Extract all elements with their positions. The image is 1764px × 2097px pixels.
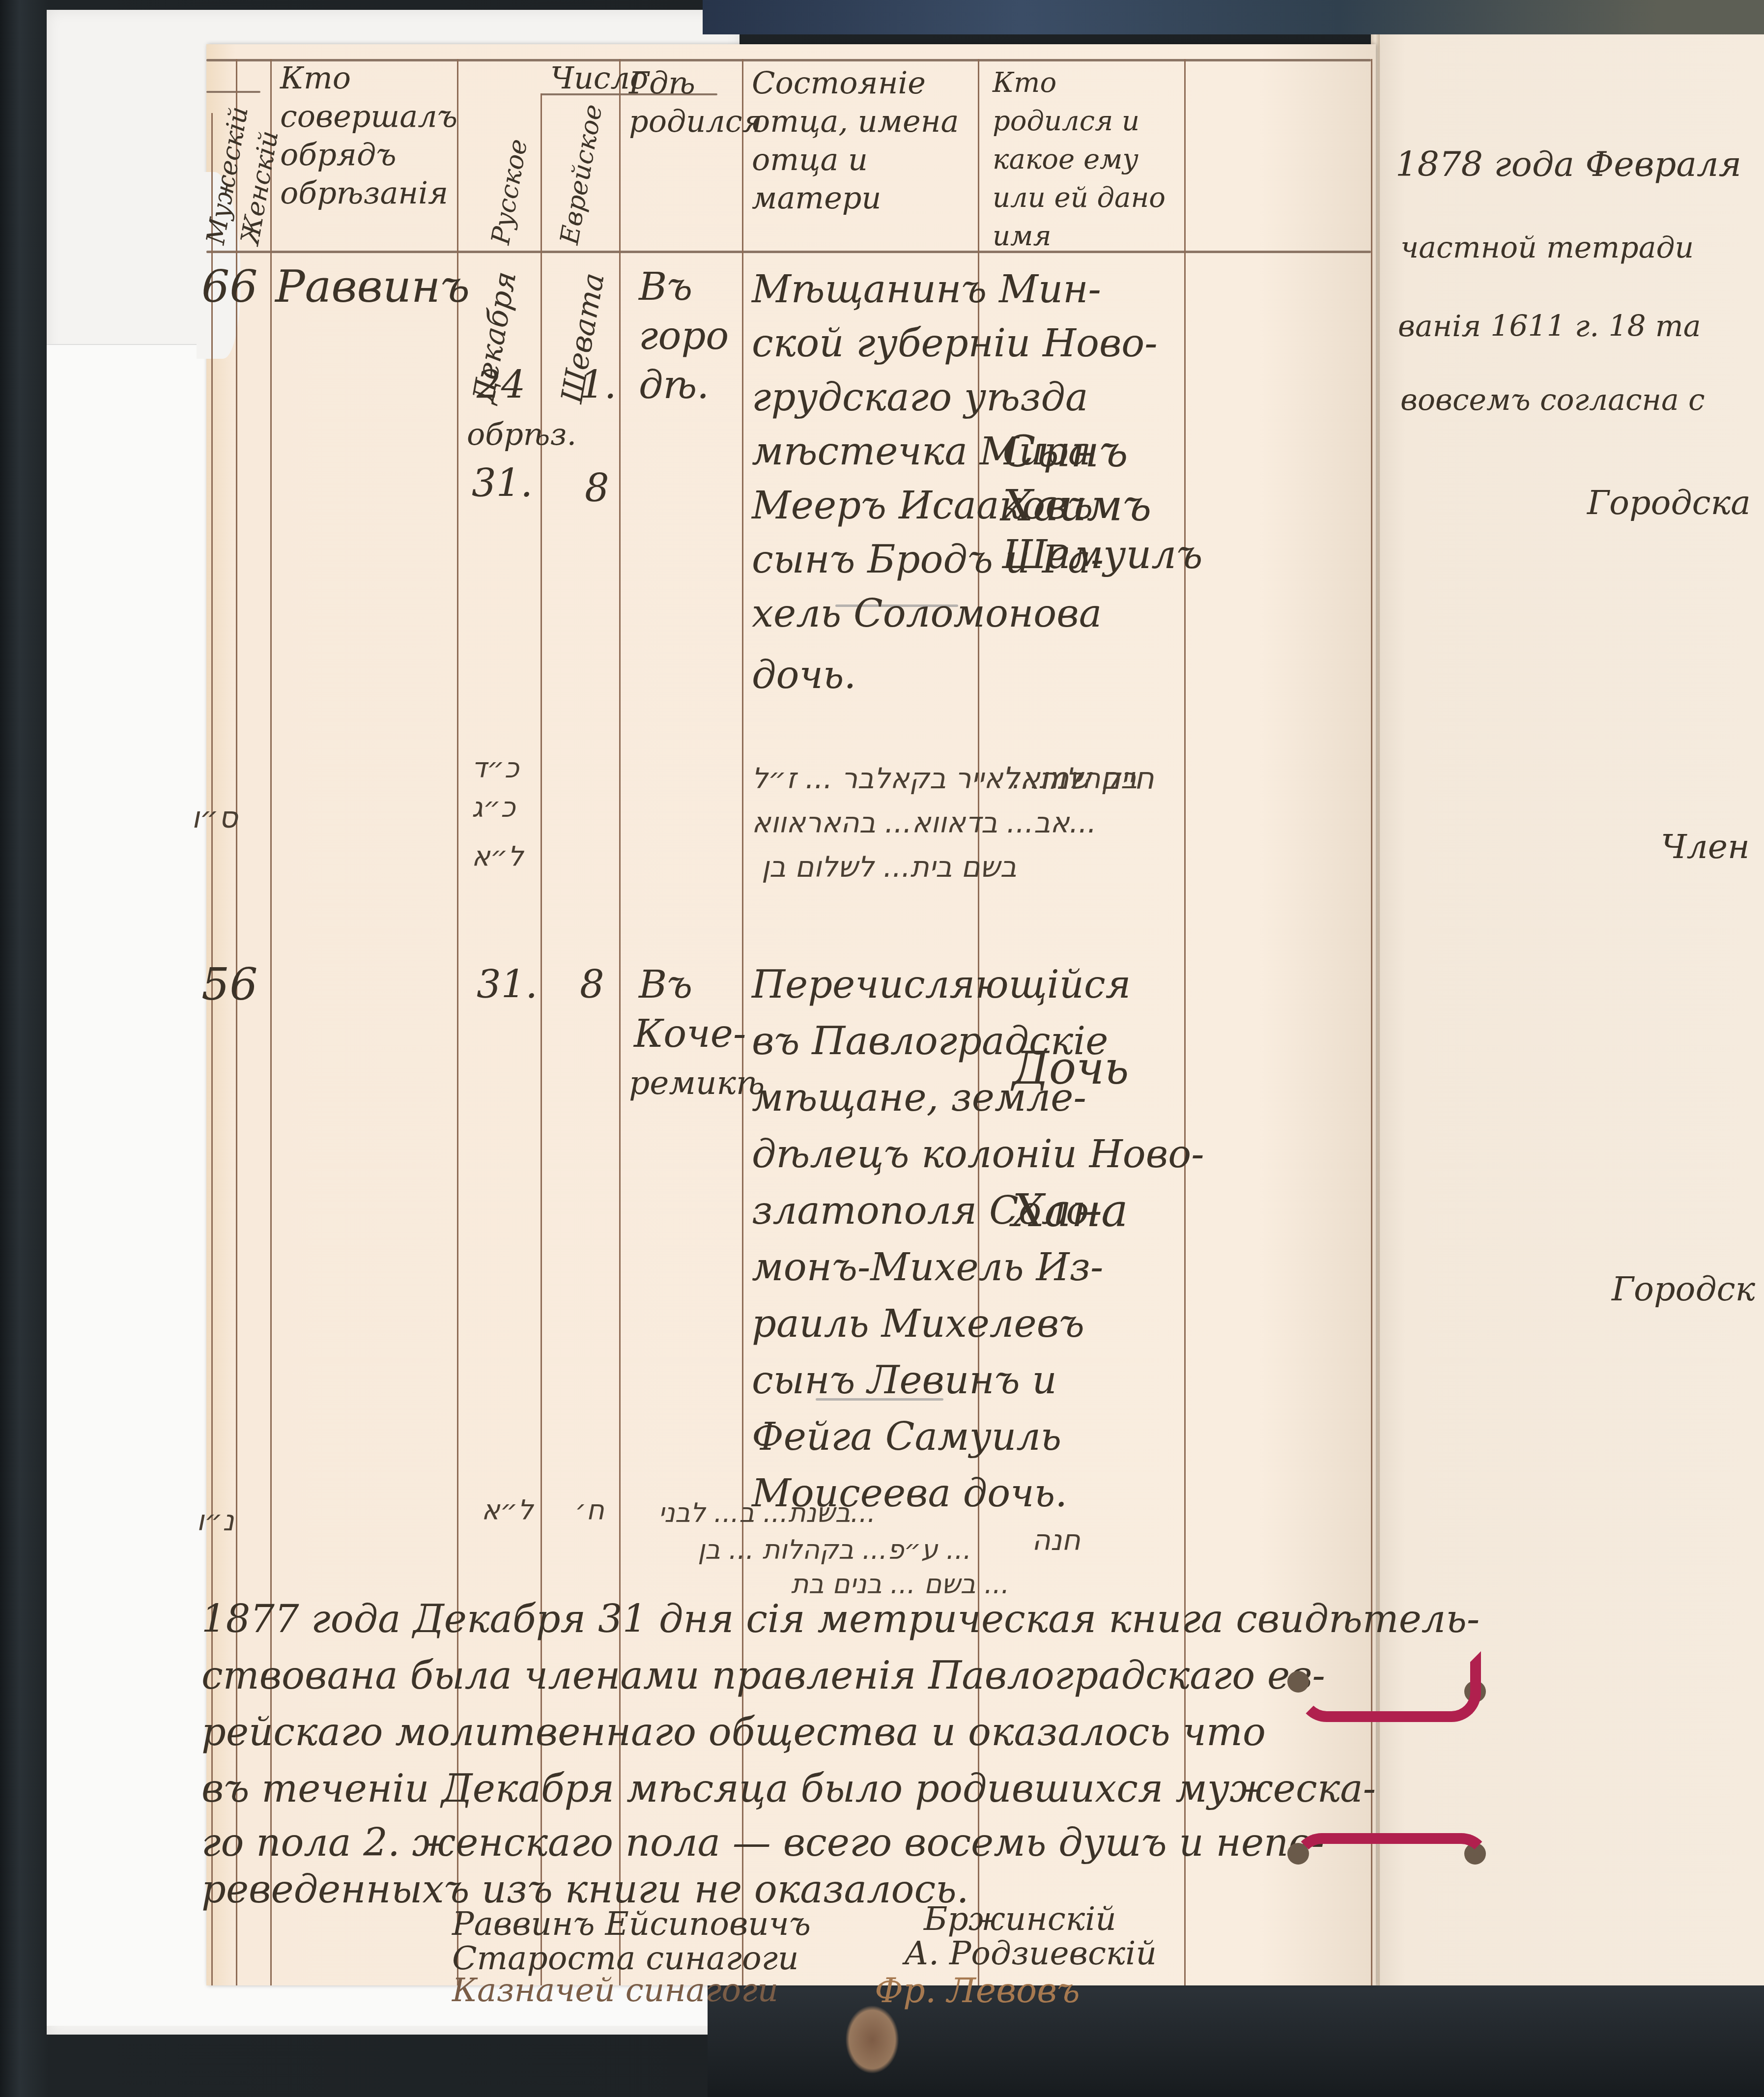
record-child-name: Хана [1012,1184,1128,1237]
record-parents-line: дочь. [752,649,856,702]
hebrew-child: חנה [1032,1514,1081,1567]
binding-cord [1292,1833,1491,1884]
header-place: Гдѣ родился [629,64,737,141]
record-date-day: 24 [477,359,525,412]
certification-line: рейскаго молитвеннаго общества и оказало… [201,1705,1266,1759]
record-parents-line: Фейга Самуиль [752,1410,1061,1464]
record-child-sex: Дочь [1012,1042,1129,1095]
certification-line: 1877 года Декабря 31 дня сія метрическая… [201,1592,1479,1646]
record-parents-line: хель Соломонова [752,587,1102,640]
header-child: Кто родился и какое ему или ей дано имя [993,64,1179,256]
hebrew-number: ס״ו [192,791,238,844]
record-date-day: 31. [477,958,538,1011]
hebrew-line: בשם בית... לשלום בן [762,840,1017,893]
record-place: Въ [639,260,692,314]
record-parents-line: монъ-Михель Из- [752,1241,1103,1294]
ink-stain [845,2005,899,2074]
certification-line: ствована была членами правленія Павлогра… [201,1649,1325,1703]
facing-line: Городска [1587,477,1751,530]
record-parents-line: раиль Михелевъ [752,1297,1084,1350]
pencil-underline [816,1398,943,1401]
col-rule [211,113,213,1985]
record-place: ремикѣ [629,1057,765,1110]
book-cover-top [703,0,1764,34]
record-parents-line: Перечисляющійся [752,958,1131,1011]
hebrew-date: ח׳ [575,1484,604,1537]
facing-line: Член [1661,821,1750,874]
record-place: дѣ. [639,359,709,412]
header-date-hebrew: Еврейское [550,101,613,247]
hebrew-date: ל״א [472,831,523,884]
binding-cord [1297,1651,1481,1722]
record-parents-line: грудскаго уѣзда [752,371,1088,424]
rule-num-split [206,91,260,93]
signature-role: Казначей синагоги [452,1963,778,2017]
facing-line: частной тетради [1400,221,1694,274]
record-hebdate-day: 1. [580,359,616,412]
facing-line: вовсемъ согласна с [1400,373,1705,427]
facing-line: 1878 года Февраля [1395,138,1741,191]
record-child-name: Шамуилъ [1002,528,1203,581]
hebrew-date: ל״א [482,1484,533,1537]
record-place: Коче- [634,1007,746,1061]
rule-header-bottom [206,251,1371,253]
hebrew-child: חיים שמואל [1002,752,1154,805]
record-date-circ: обрѣз. [467,408,576,461]
record-place: Въ [639,958,692,1011]
header-officiant: Кто совершалъ обрядъ обрѣзанія [280,59,452,212]
record-place: горо [639,310,729,363]
header-date-russian: Русское [482,136,538,248]
facing-line: ванія 1611 г. 18 та [1398,300,1701,353]
register-page: Мужескій Женскій Кто совершалъ обрядъ об… [206,44,1376,1985]
record-child-name: Хаимъ [1002,479,1151,532]
hebrew-number: נ״ו [197,1494,234,1547]
certification-line: въ теченіи Декабря мѣсяца было родившихс… [201,1762,1376,1816]
hebrew-date: כ״ג [472,781,515,834]
record-officiant: Раввинъ [275,260,470,314]
record-number: 56 [201,958,258,1011]
record-parents-line: Мѣщанинъ Мин- [752,263,1101,316]
record-parents-line: дѣлецъ колоніи Ново- [752,1128,1204,1181]
record-hebdate-day: 8 [580,958,604,1011]
certification-line: го пола 2. женскаго пола — всего восемь … [201,1816,1324,1870]
signature-name: Фр. Левовъ [875,1963,1080,2017]
facing-line: Городск [1612,1263,1755,1316]
record-number: 66 [201,260,258,314]
header-parents: Состояніе отца, имена отца и матери [752,64,973,217]
record-child-sex: Сынъ [1002,425,1128,478]
record-date-circ-day: 31. [472,457,533,510]
record-hebdate-circ: 8 [585,462,609,515]
record-parents-line: ской губерніи Ново- [752,317,1158,370]
